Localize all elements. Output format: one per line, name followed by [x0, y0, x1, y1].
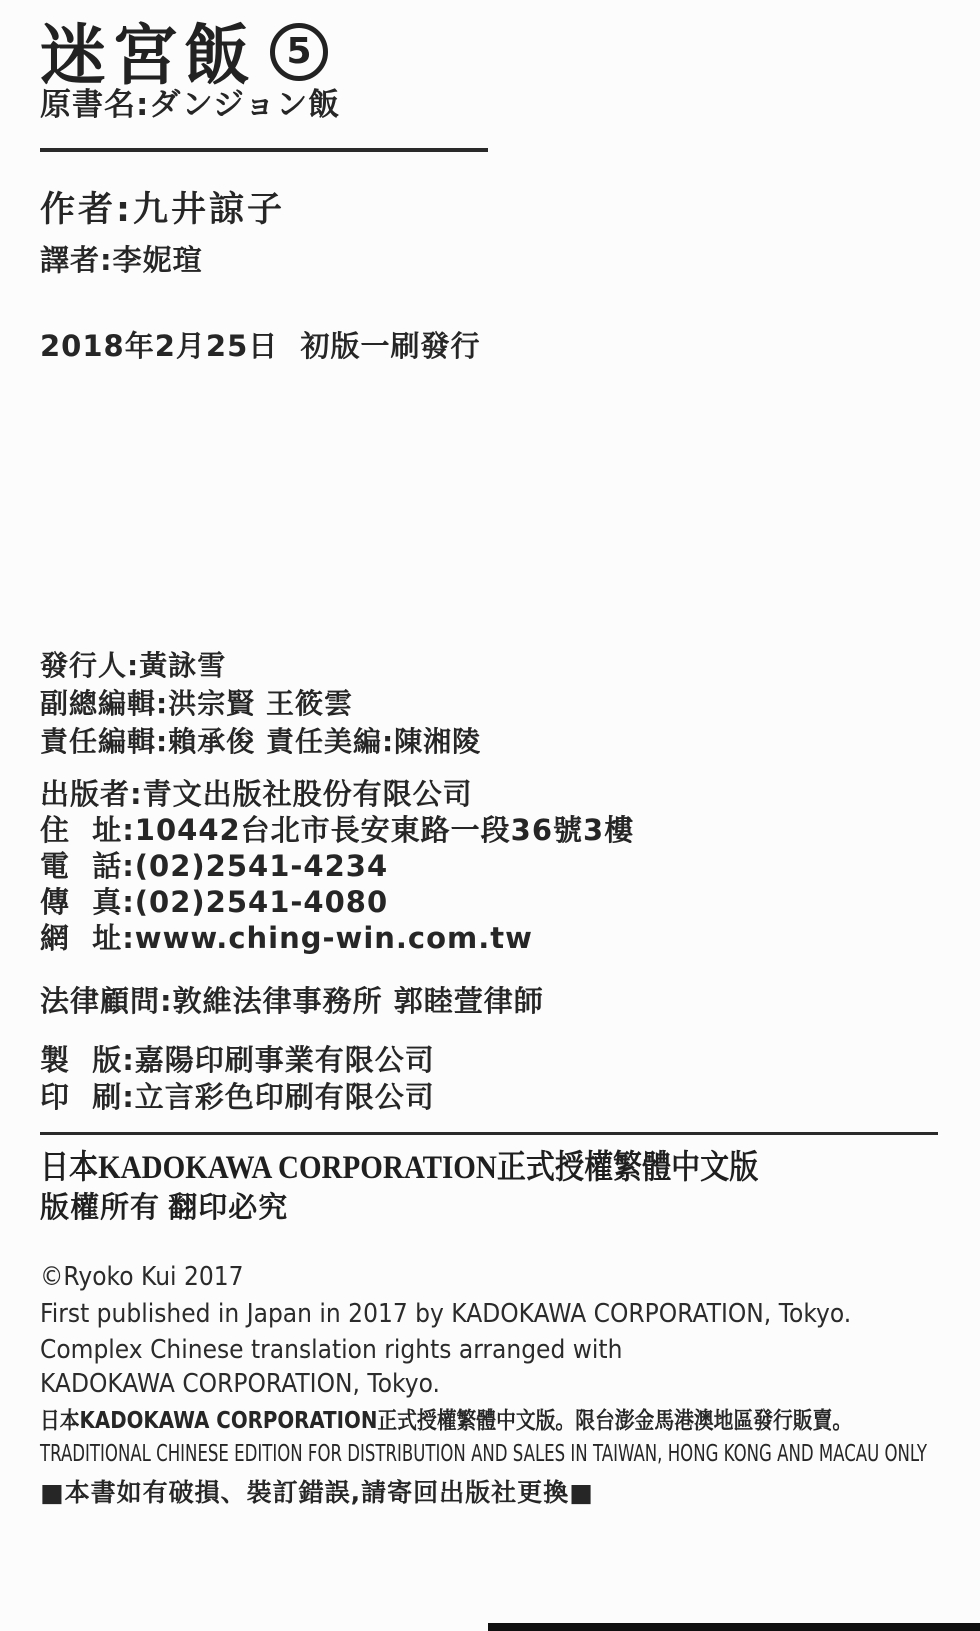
responsible-editors-line: 責任編輯:賴承俊 責任美編:陳湘陵	[40, 726, 481, 758]
regional-license-line: 日本KADOKAWA CORPORATION正式授權繁體中文版。限台澎金馬港澳地…	[40, 1408, 852, 1434]
first-published-line: First published in Japan in 2017 by KADO…	[40, 1300, 851, 1330]
website-line: 網 址:www.ching-win.com.tw	[40, 922, 533, 955]
fax-line: 傳 真:(02)2541-4080	[40, 886, 388, 919]
author-line: 作者:九井諒子	[40, 190, 285, 230]
volume-number: 5	[286, 31, 311, 72]
rights-arranged-line: Complex Chinese translation rights arran…	[40, 1336, 622, 1366]
damage-notice-line: ■本書如有破損、裝訂錯誤,請寄回出版社更換■	[40, 1479, 594, 1508]
issuer-line: 發行人:黃詠雪	[40, 650, 226, 682]
rights-reserved-line: 版權所有 翻印必究	[40, 1192, 288, 1225]
printer-line: 印 刷:立言彩色印刷有限公司	[40, 1081, 435, 1114]
divider-license	[40, 1132, 938, 1135]
publisher-line: 出版者:青文出版社股份有限公司	[40, 778, 473, 811]
copyright-notice-line: ©Ryoko Kui 2017	[40, 1263, 244, 1293]
page-edge-bar	[488, 1623, 980, 1631]
plate-making-line: 製 版:嘉陽印刷事業有限公司	[40, 1044, 435, 1077]
phone-line: 電 話:(02)2541-4234	[40, 850, 388, 883]
original-title: 原書名:ダンジョン飯	[40, 88, 340, 124]
authorized-edition-line: 日本KADOKAWA CORPORATION正式授權繁體中文版	[40, 1150, 758, 1188]
address-line: 住 址:10442台北市長安東路一段36號3樓	[40, 814, 634, 847]
regional-license-en-line: TRADITIONAL CHINESE EDITION FOR DISTRIBU…	[40, 1441, 927, 1467]
book-title: 迷宮飯	[40, 2, 256, 97]
arranger-line: KADOKAWA CORPORATION, Tokyo.	[40, 1370, 440, 1400]
colophon-page: 迷宮飯 5 原書名:ダンジョン飯 作者:九井諒子 譯者:李妮瑄 2018年2月2…	[0, 0, 980, 1631]
divider-top	[40, 148, 488, 152]
title-row: 迷宮飯 5	[40, 2, 328, 97]
edition-date-line: 2018年2月25日 初版一刷發行	[40, 330, 480, 363]
translator-line: 譯者:李妮瑄	[40, 244, 203, 277]
deputy-chief-editors-line: 副總編輯:洪宗賢 王筱雲	[40, 688, 353, 720]
legal-advisor-line: 法律顧問:敦維法律事務所 郭睦萱律師	[40, 985, 544, 1018]
volume-badge-circle: 5	[270, 23, 328, 81]
